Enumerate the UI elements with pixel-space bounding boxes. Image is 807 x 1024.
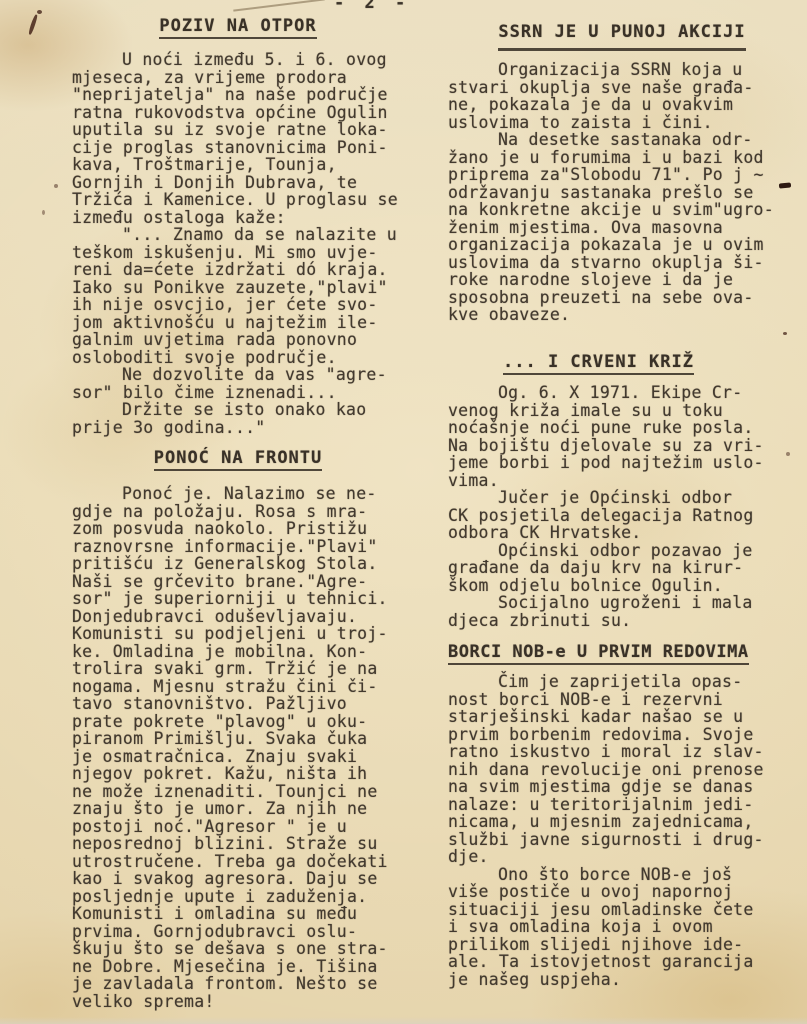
article-body: Ponoć je. Nalazimo se ne- gdje na položa…: [72, 485, 404, 1010]
ink-speck: [42, 210, 45, 215]
article-ssrn-u-akciji: SSRN JE U PUNOJ AKCIJI Organizacija SSRN…: [448, 22, 796, 324]
paragraph: Jučer je Općinski odbor CK posjetila del…: [448, 489, 796, 542]
paragraph: Ponoć je. Nalazimo se ne- gdje na položa…: [72, 485, 404, 1010]
article-borci-nob: BORCI NOB-e U PRVIM REDOVIMA Čim je zapr…: [448, 642, 796, 988]
article-title-text: PONOĆ NA FRONTU: [154, 448, 323, 471]
article-poziv-na-otpor: POZIV NA OTPOR U noći između 5. i 6. ovo…: [72, 16, 404, 436]
article-body: Čim je zaprijetila opas- nost borci NOB-…: [448, 673, 796, 988]
left-column: POZIV NA OTPOR U noći između 5. i 6. ovo…: [72, 0, 404, 1024]
paragraph: "... Znamo da se nalazite u teškom iskuš…: [72, 226, 404, 366]
article-title: PONOĆ NA FRONTU: [72, 448, 404, 471]
paragraph: Na desetke sastanaka odr- žano je u foru…: [448, 131, 796, 324]
article-title-text: POZIV NA OTPOR: [159, 16, 316, 39]
ink-squiggle-mark: [28, 14, 38, 35]
paragraph: Socijalno ugroženi i mala djeca zbrinuti…: [448, 594, 796, 629]
article-title: SSRN JE U PUNOJ AKCIJI: [448, 22, 796, 51]
paragraph: Držite se isto onako kao prije 3o godina…: [72, 401, 404, 436]
paragraph: Organizacija SSRN koja u stvari okuplja …: [448, 61, 796, 131]
ink-speck: [54, 184, 58, 188]
article-title: BORCI NOB-e U PRVIM REDOVIMA: [448, 642, 796, 665]
article-title-text: BORCI NOB-e U PRVIM REDOVIMA: [448, 642, 749, 665]
paragraph: Općinski odbor pozavao je građane da daj…: [448, 542, 796, 595]
paragraph: Čim je zaprijetila opas- nost borci NOB-…: [448, 673, 796, 866]
article-body: Organizacija SSRN koja u stvari okuplja …: [448, 61, 796, 324]
article-body: Og. 6. X 1971. Ekipe Cr- venog križa ima…: [448, 384, 796, 629]
right-column: SSRN JE U PUNOJ AKCIJI Organizacija SSRN…: [448, 0, 796, 1024]
paragraph: U noći između 5. i 6. ovog mjeseca, za v…: [72, 51, 404, 226]
paragraph: Og. 6. X 1971. Ekipe Cr- venog križa ima…: [448, 384, 796, 489]
article-title-text: ... I CRVENI KRIŽ: [503, 352, 694, 375]
ink-dot-mark: [37, 10, 42, 14]
paper-bottom-edge: [0, 1017, 807, 1024]
article-title: POZIV NA OTPOR: [72, 16, 404, 39]
article-title-text: SSRN JE U PUNOJ AKCIJI: [498, 22, 745, 51]
paragraph: Ne dozvolite da vas "agre- sor" bilo čim…: [72, 366, 404, 401]
scanned-bulletin-page: - 2 - POZIV NA OTPOR U noći između 5. i …: [0, 0, 807, 1024]
article-ponoc-na-frontu: PONOĆ NA FRONTU Ponoć je. Nalazimo se ne…: [72, 448, 404, 1010]
article-title: ... I CRVENI KRIŽ: [448, 352, 796, 375]
article-crveni-kriz: ... I CRVENI KRIŽ Og. 6. X 1971. Ekipe C…: [448, 352, 796, 629]
paragraph: Ono što borce NOB-e još više postiče u o…: [448, 866, 796, 989]
article-body: U noći između 5. i 6. ovog mjeseca, za v…: [72, 51, 404, 436]
